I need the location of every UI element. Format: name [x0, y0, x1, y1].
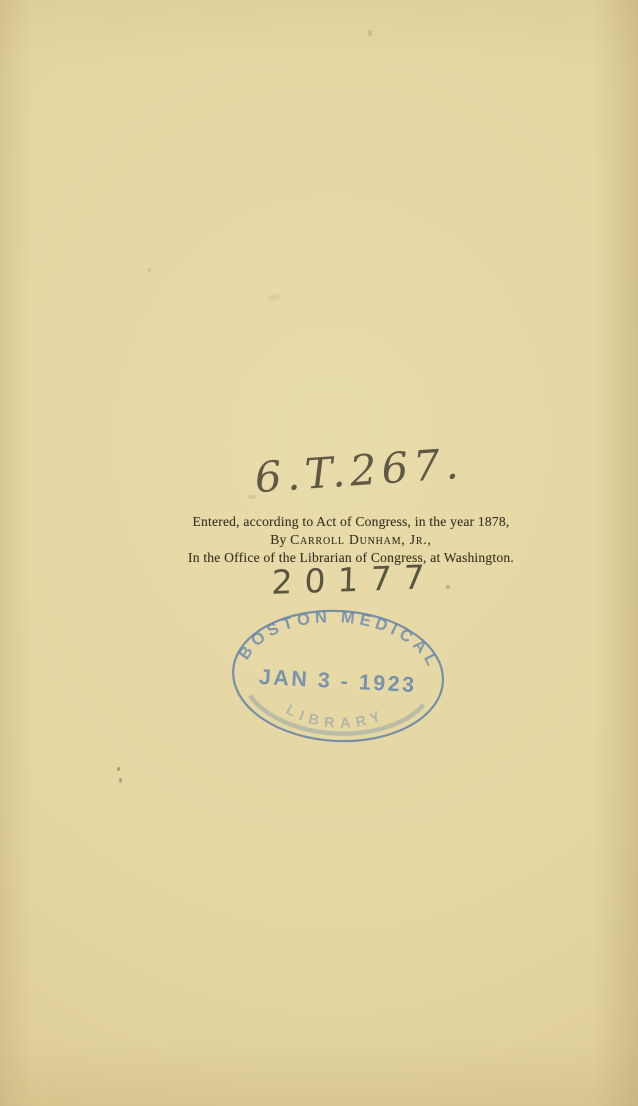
ink-speck [119, 778, 122, 783]
ink-speck [117, 767, 120, 771]
scanned-book-page: 6.T.267. Entered, according to Act of Co… [0, 0, 638, 1106]
ink-smudge [248, 495, 257, 499]
ink-speck [148, 268, 151, 272]
handwritten-call-number: 6.T.267. [243, 438, 476, 503]
handwritten-accession-number: 20177 [263, 557, 444, 602]
copyright-line-2: By Carroll Dunham, Jr., [160, 531, 542, 549]
stamp-top-arc-text: BOSTON MEDICAL [235, 603, 446, 673]
copyright-line-1: Entered, according to Act of Congress, i… [160, 513, 542, 531]
svg-text:BOSTON MEDICAL: BOSTON MEDICAL [235, 603, 446, 673]
copyright-author-name: Carroll Dunham, Jr., [290, 532, 432, 547]
copyright-notice: Entered, according to Act of Congress, i… [160, 513, 542, 566]
paper-smudge [268, 294, 280, 301]
ink-speck [446, 585, 450, 589]
library-date-stamp: BOSTON MEDICAL JAN 3 - 1923 LIBRARY [221, 600, 454, 754]
stamp-date-text: JAN 3 - 1923 [258, 665, 417, 697]
ink-speck [368, 30, 372, 36]
copyright-by-label: By [270, 532, 290, 547]
